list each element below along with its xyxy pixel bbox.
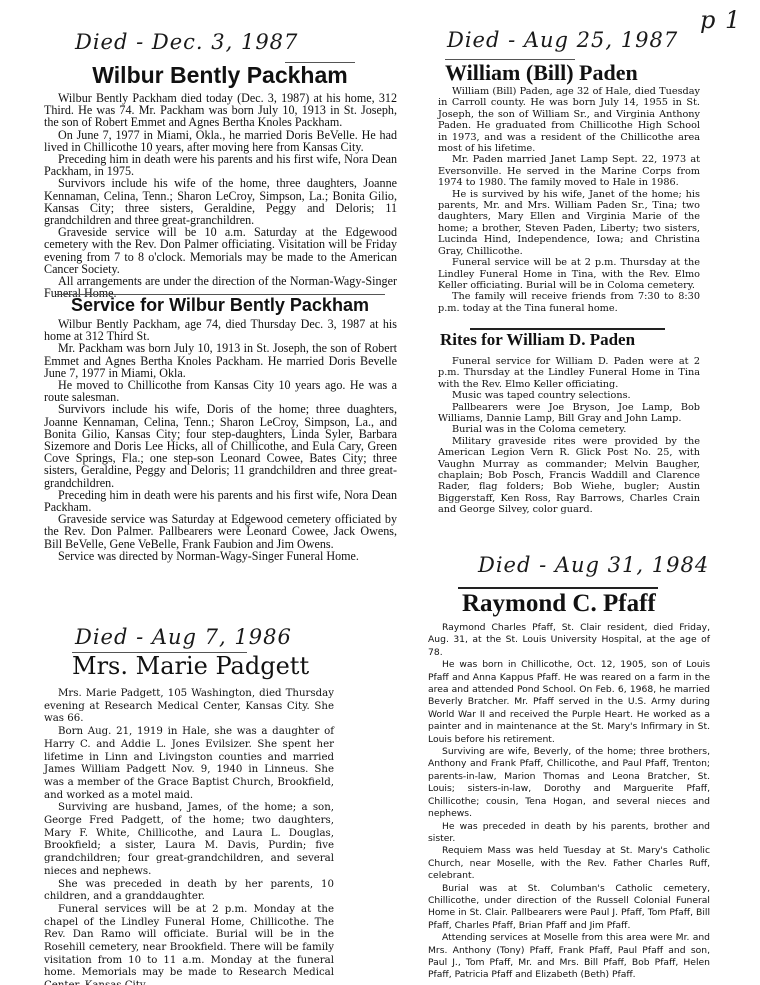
handwritten-date-packham: Died - Dec. 3, 1987	[75, 30, 298, 54]
headline-paden: William (Bill) Paden	[445, 60, 638, 86]
article-paragraph: Surviving are wife, Beverly, of the home…	[428, 746, 710, 820]
article-paragraph: Funeral service will be at 2 p.m. Thursd…	[438, 257, 700, 291]
article-paragraph: He was preceded in death by his parents,…	[428, 821, 710, 846]
page-marker: p 1	[700, 6, 741, 34]
article-paragraph: She was preceded in death by her parents…	[44, 879, 334, 904]
handwritten-date-paden: Died - Aug 25, 1987	[447, 28, 678, 52]
article-paragraph: Music was taped country selections.	[438, 390, 700, 401]
article-paragraph: Surviving are husband, James, of the hom…	[44, 802, 334, 878]
article-paragraph: He is survived by his wife, Janet of the…	[438, 189, 700, 257]
article-paragraph: Mr. Paden married Janet Lamp Sept. 22, 1…	[438, 154, 700, 188]
article-paragraph: Military graveside rites were provided b…	[438, 436, 700, 516]
article-paragraph: On June 7, 1977 in Miami, Okla., he marr…	[44, 129, 397, 153]
article-packham: Wilbur Bently Packham died today (Dec. 3…	[44, 92, 397, 299]
article-paragraph: Mrs. Marie Padgett, 105 Washington, died…	[44, 688, 334, 726]
headline-packham-service: Service for Wilbur Bently Packham	[45, 295, 395, 316]
article-paragraph: Attending services at Moselle from this …	[428, 932, 710, 982]
article-paragraph: Graveside service will be 10 a.m. Saturd…	[44, 226, 397, 275]
divider	[458, 587, 658, 589]
article-paragraph: Burial was in the Coloma cemetery.	[438, 424, 700, 435]
article-paragraph: Burial was at St. Columban's Catholic ce…	[428, 883, 710, 933]
article-paragraph: Mr. Packham was born July 10, 1913 in St…	[44, 342, 397, 379]
headline-pfaff: Raymond C. Pfaff	[462, 590, 656, 618]
article-paden-rites: Funeral service for William D. Paden wer…	[438, 356, 700, 516]
article-paragraph: The family will receive friends from 7:3…	[438, 291, 700, 314]
article-paragraph: Survivors include his wife, Doris of the…	[44, 403, 397, 488]
article-paragraph: Funeral services will be at 2 p.m. Monda…	[44, 904, 334, 985]
article-paragraph: Pallbearers were Joe Bryson, Joe Lamp, B…	[438, 402, 700, 425]
article-paragraph: Graveside service was Saturday at Edgewo…	[44, 513, 397, 550]
article-packham-service: Wilbur Bently Packham, age 74, died Thur…	[44, 318, 397, 562]
headline-padgett: Mrs. Marie Padgett	[72, 652, 309, 680]
handwritten-date-padgett: Died - Aug 7, 1986	[75, 625, 292, 649]
article-paragraph: Raymond Charles Pfaff, St. Clair residen…	[428, 622, 710, 659]
article-pfaff: Raymond Charles Pfaff, St. Clair residen…	[428, 622, 710, 982]
article-paragraph: Born Aug. 21, 1919 in Hale, she was a da…	[44, 726, 334, 802]
article-padgett: Mrs. Marie Padgett, 105 Washington, died…	[44, 688, 334, 985]
article-paden: William (Bill) Paden, age 32 of Hale, di…	[438, 86, 700, 314]
article-paragraph: William (Bill) Paden, age 32 of Hale, di…	[438, 86, 700, 154]
article-paragraph: Preceding him in death were his parents …	[44, 153, 397, 177]
article-paragraph: Requiem Mass was held Tuesday at St. Mar…	[428, 845, 710, 882]
headline-paden-rites: Rites for William D. Paden	[440, 330, 635, 350]
handwritten-date-pfaff: Died - Aug 31, 1984	[478, 553, 709, 577]
article-paragraph: Survivors include his wife of the home, …	[44, 177, 397, 226]
article-paragraph: Service was directed by Norman-Wagy-Sing…	[44, 550, 397, 562]
article-paragraph: Wilbur Bently Packham, age 74, died Thur…	[44, 318, 397, 342]
article-paragraph: He moved to Chillicothe from Kansas City…	[44, 379, 397, 403]
article-paragraph: Preceding him in death were his parents …	[44, 489, 397, 513]
article-paragraph: Wilbur Bently Packham died today (Dec. 3…	[44, 92, 397, 129]
article-paragraph: He was born in Chillicothe, Oct. 12, 190…	[428, 659, 710, 746]
headline-packham: Wilbur Bently Packham	[45, 62, 395, 89]
article-paragraph: Funeral service for William D. Paden wer…	[438, 356, 700, 390]
